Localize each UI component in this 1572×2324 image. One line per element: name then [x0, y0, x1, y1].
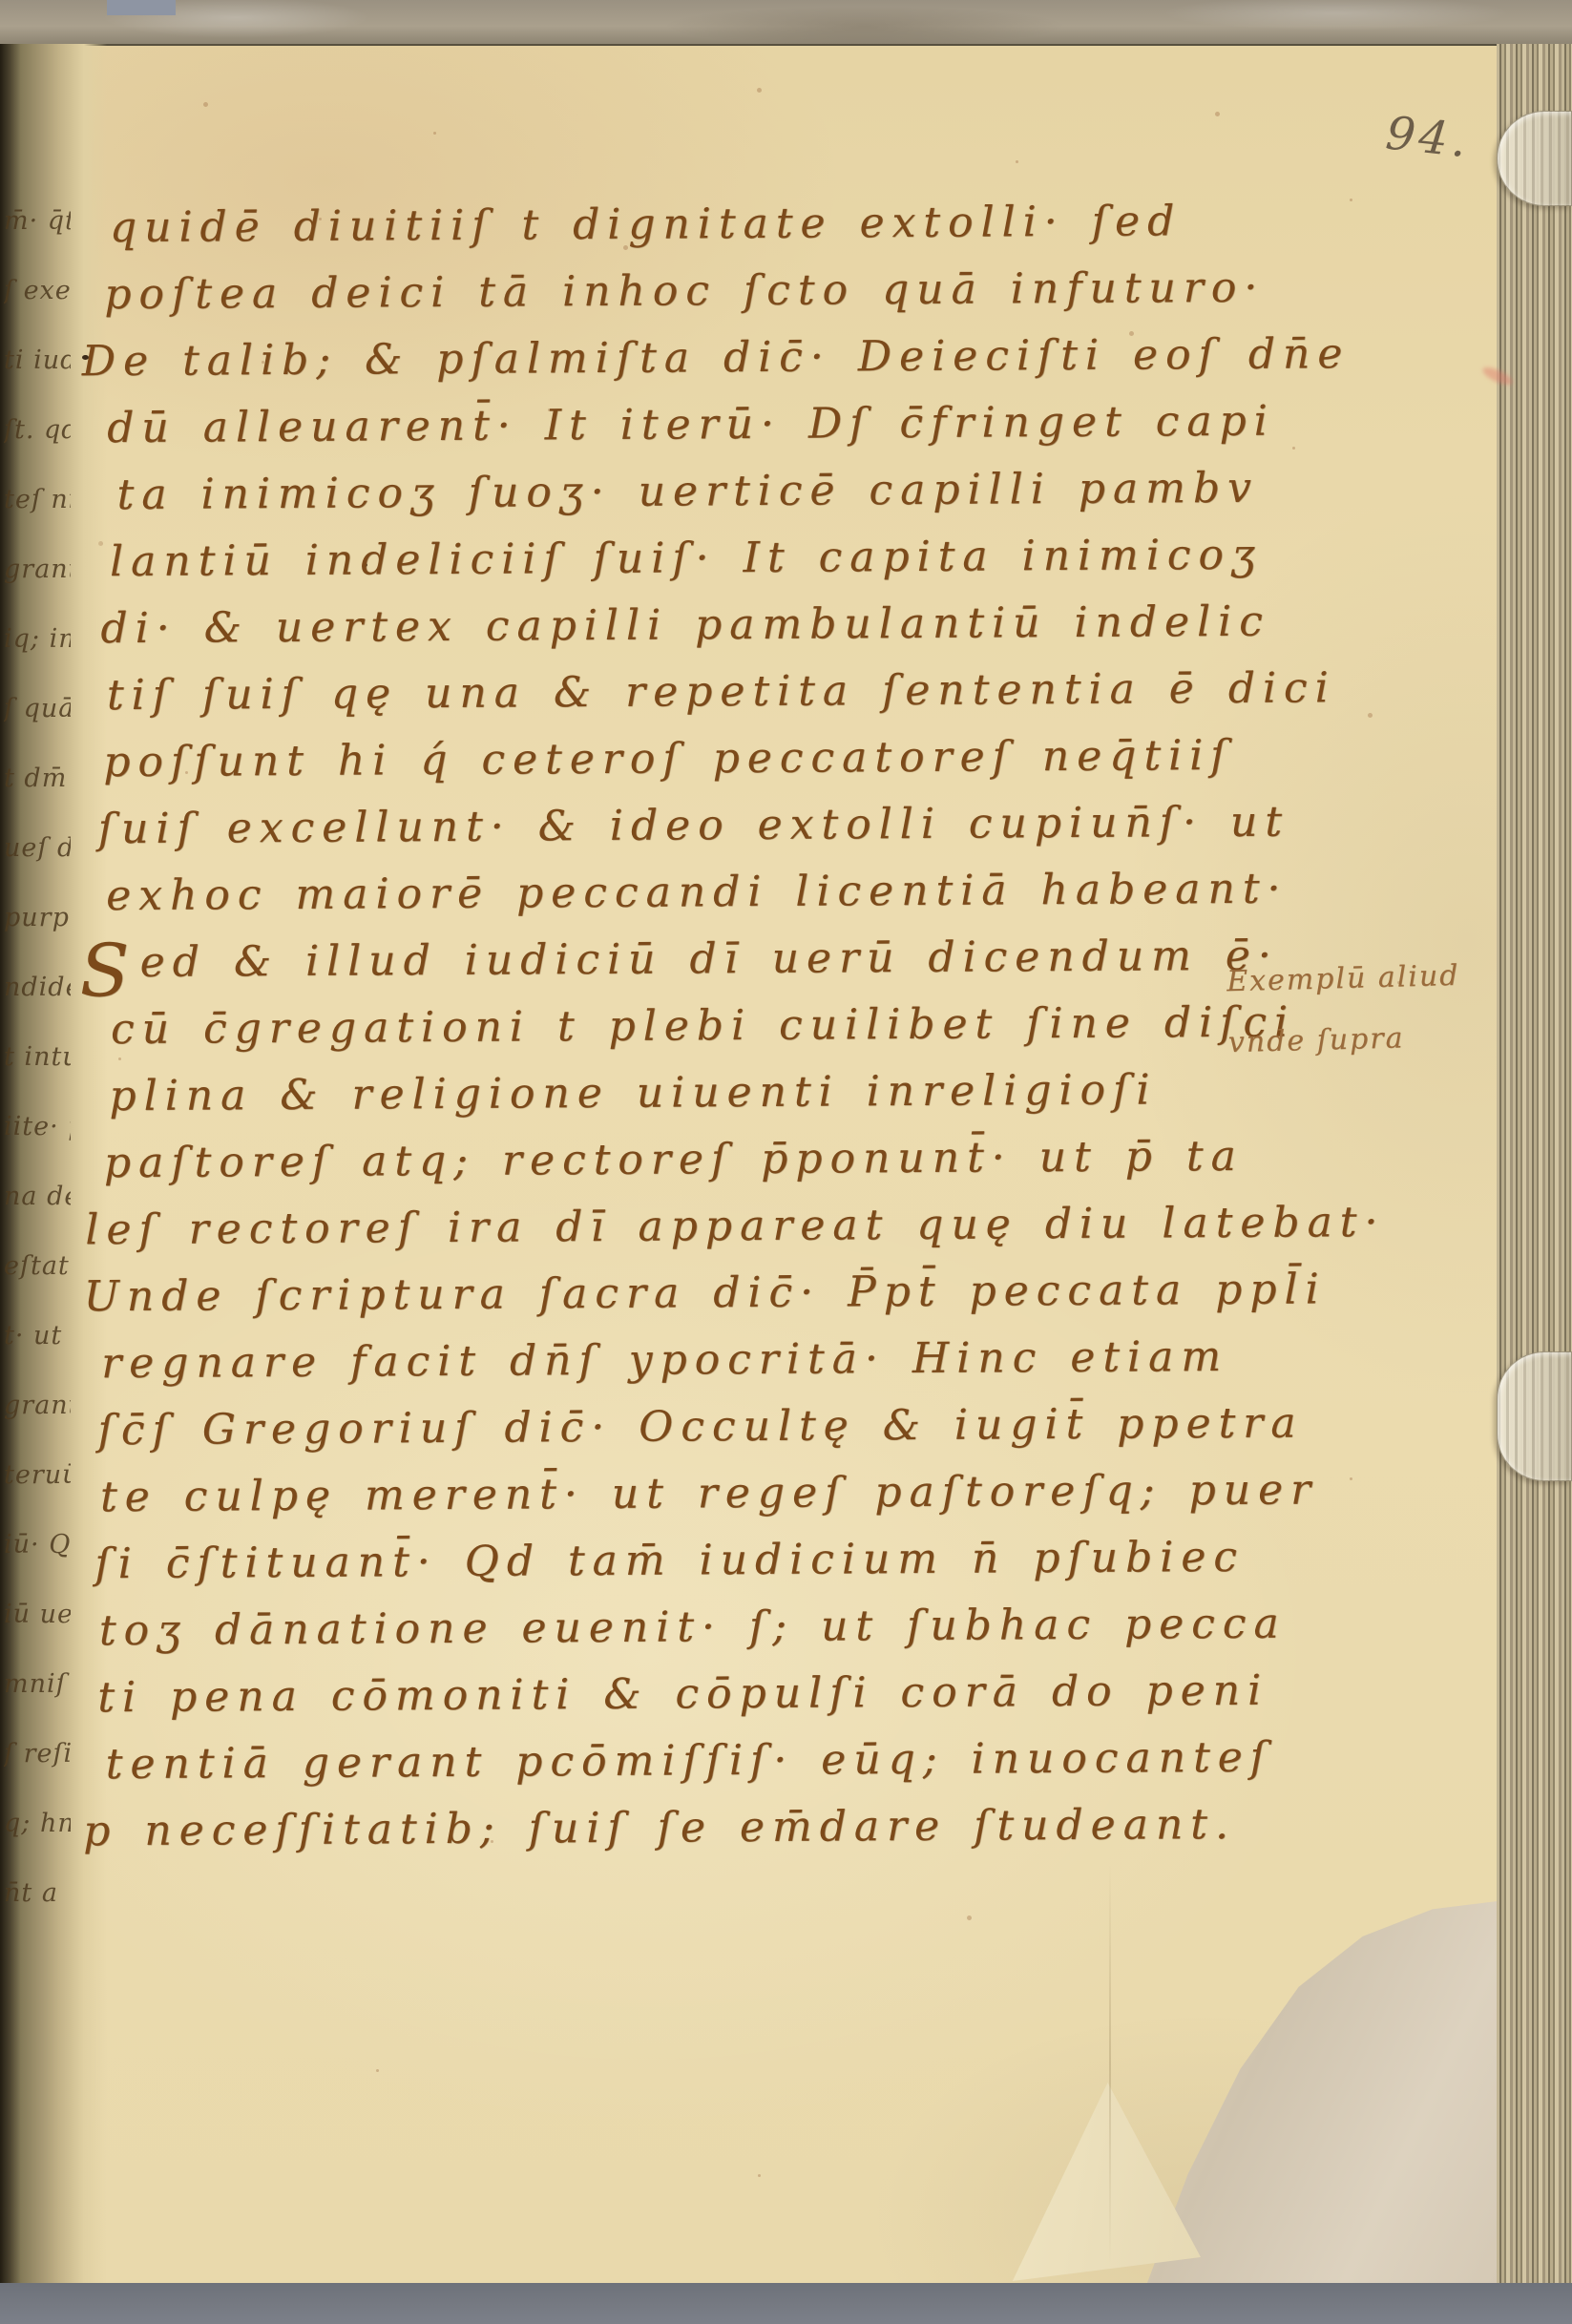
gutter-text-fragment: n̄t a	[4, 1878, 71, 1908]
gutter-text-fragment: iite· p	[4, 1112, 71, 1141]
gutter-text-fragment: purpu	[4, 903, 71, 932]
gutter-text-fragment: ti iudi	[4, 345, 71, 375]
gutter-text-fragment: ſt. qd t	[4, 415, 71, 445]
margin-note-line: Exemplū aliud	[1226, 946, 1460, 1013]
background-surface-top	[0, 0, 1572, 44]
text-line: di· & uertex capilli pambulantiū indelic	[100, 588, 1402, 662]
gutter-text-fragment: teſ nih	[4, 485, 71, 514]
gutter-text-fragment: na dep	[4, 1182, 71, 1211]
text-line: plina & religione uiuenti inreligioſi	[109, 1056, 1405, 1130]
gutter-text-fragment: q; hn	[4, 1809, 71, 1838]
gutter-text-fragment: ueſ de	[4, 833, 71, 863]
text-line: toʒ dānatione euenit· ſ; ut ſubhac pecca	[99, 1590, 1409, 1664]
gutter-text-fragment: mniſ	[4, 1669, 71, 1699]
gutter-text-fragment: t dm̄ n	[4, 764, 71, 793]
gutter-text-fragment: ſ exem	[4, 276, 71, 305]
margin-note-line: vnde ſupra	[1227, 1007, 1462, 1074]
gutter-text-fragment: ſ reſiſt	[4, 1739, 71, 1769]
gutter-text-fragment: t̄ intu	[4, 1042, 71, 1072]
background-chip	[107, 0, 176, 15]
gutter-text-fragment: iq; inr	[4, 624, 71, 654]
text-line: leſ rectoreſ ira dī appareat quę diu lat…	[85, 1189, 1406, 1264]
text-line: cū c̄gregationi t plebi cuilibet ſine di…	[111, 989, 1405, 1063]
gutter-text-fragment: ndide	[4, 973, 71, 1002]
text-line: ta inimicoʒ ſuoʒ· uerticē capilli pambv	[116, 454, 1401, 529]
gutter-text-fragment: teruū	[4, 1460, 71, 1490]
text-line: De talib; & pſalmiſta dic̄· Deieciſti eo…	[82, 321, 1401, 395]
text-line: p neceſſitatib; ſuiſ ſe em̄dare ſtudeant…	[83, 1790, 1410, 1865]
manuscript-photo: m̄· q̄tſ exemti iudiſt. qd tteſ nihgrant…	[0, 0, 1572, 2324]
margin-note: Exemplū aliud vnde ſupra	[1226, 946, 1462, 1074]
text-line: exhoc maiorē peccandi licentiā habeant·	[106, 855, 1404, 930]
background-surface-bottom	[0, 2283, 1572, 2324]
gutter-text-fragment: eſtatt	[4, 1251, 71, 1281]
text-line: regnare facit dn̄ſ ypocritā· Hinc etiam	[101, 1323, 1407, 1397]
gutter-text-fragment: iū· Q	[4, 1530, 71, 1560]
gutter-text-fragment: iū uer	[4, 1600, 71, 1629]
text-line: tentiā gerant pcōmiſſiſ· eūq; inuocanteſ	[106, 1724, 1410, 1798]
text-line: quidē diuitiiſ t dignitate extolli· ſed	[110, 187, 1400, 262]
text-line: Unde ſcriptura ſacra dic̄· P̄pt̄ peccata…	[84, 1256, 1407, 1330]
text-line: dū alleuarent̄· It iterū· Dſ c̄fringet c…	[107, 387, 1401, 462]
parchment-index-tab-bottom	[1497, 1351, 1572, 1481]
text-line: ti pena cōmoniti & cōpulſi corā do peni	[97, 1657, 1409, 1731]
gutter-text-fragment: t· ut h	[4, 1321, 71, 1350]
text-line: te culpę merent̄· ut regeſ paſtoreſq; pu…	[100, 1456, 1408, 1531]
text-line: lantiū indeliciiſ ſuiſ· It capita inimic…	[110, 521, 1402, 596]
text-line: poſtea deici tā inhoc ſcto quā infuturo·	[104, 254, 1400, 328]
text-line: Sed & illud iudiciū dī uerū dicendum ē·	[79, 922, 1404, 996]
text-line: ſuiſ excellunt· & ideo extolli cupiun̄ſ·…	[98, 788, 1404, 863]
text-line: ſi c̄ſtituant̄· Qd tam̄ iudicium n̄ pſub…	[94, 1523, 1408, 1598]
text-block: quidē diuitiiſ t dignitate extolli· ſedp…	[102, 187, 1411, 1865]
gutter-text-fragment: m̄· q̄t	[4, 206, 71, 236]
text-line: poſſunt hi q́ ceteroſ peccatoreſ neq̄tii…	[103, 722, 1403, 796]
text-line: tiſ ſuiſ qę una & repetita ſententia ē d…	[107, 655, 1403, 729]
folio-number: 94.	[1383, 107, 1473, 169]
parchment-crease	[1109, 1863, 1111, 2264]
gutter-text-fragment: grant	[4, 1391, 71, 1420]
gutter-text-fragment: ſ quā ſ	[4, 694, 71, 723]
text-line: ſc̄ſ Gregoriuſ dic̄· Occultę & iugit̄ pp…	[97, 1390, 1407, 1464]
gutter-text-fragment: grantē	[4, 555, 71, 584]
text-line: paſtoreſ atq; rectoreſ p̄ponunt̄· ut p̄ …	[104, 1122, 1406, 1197]
